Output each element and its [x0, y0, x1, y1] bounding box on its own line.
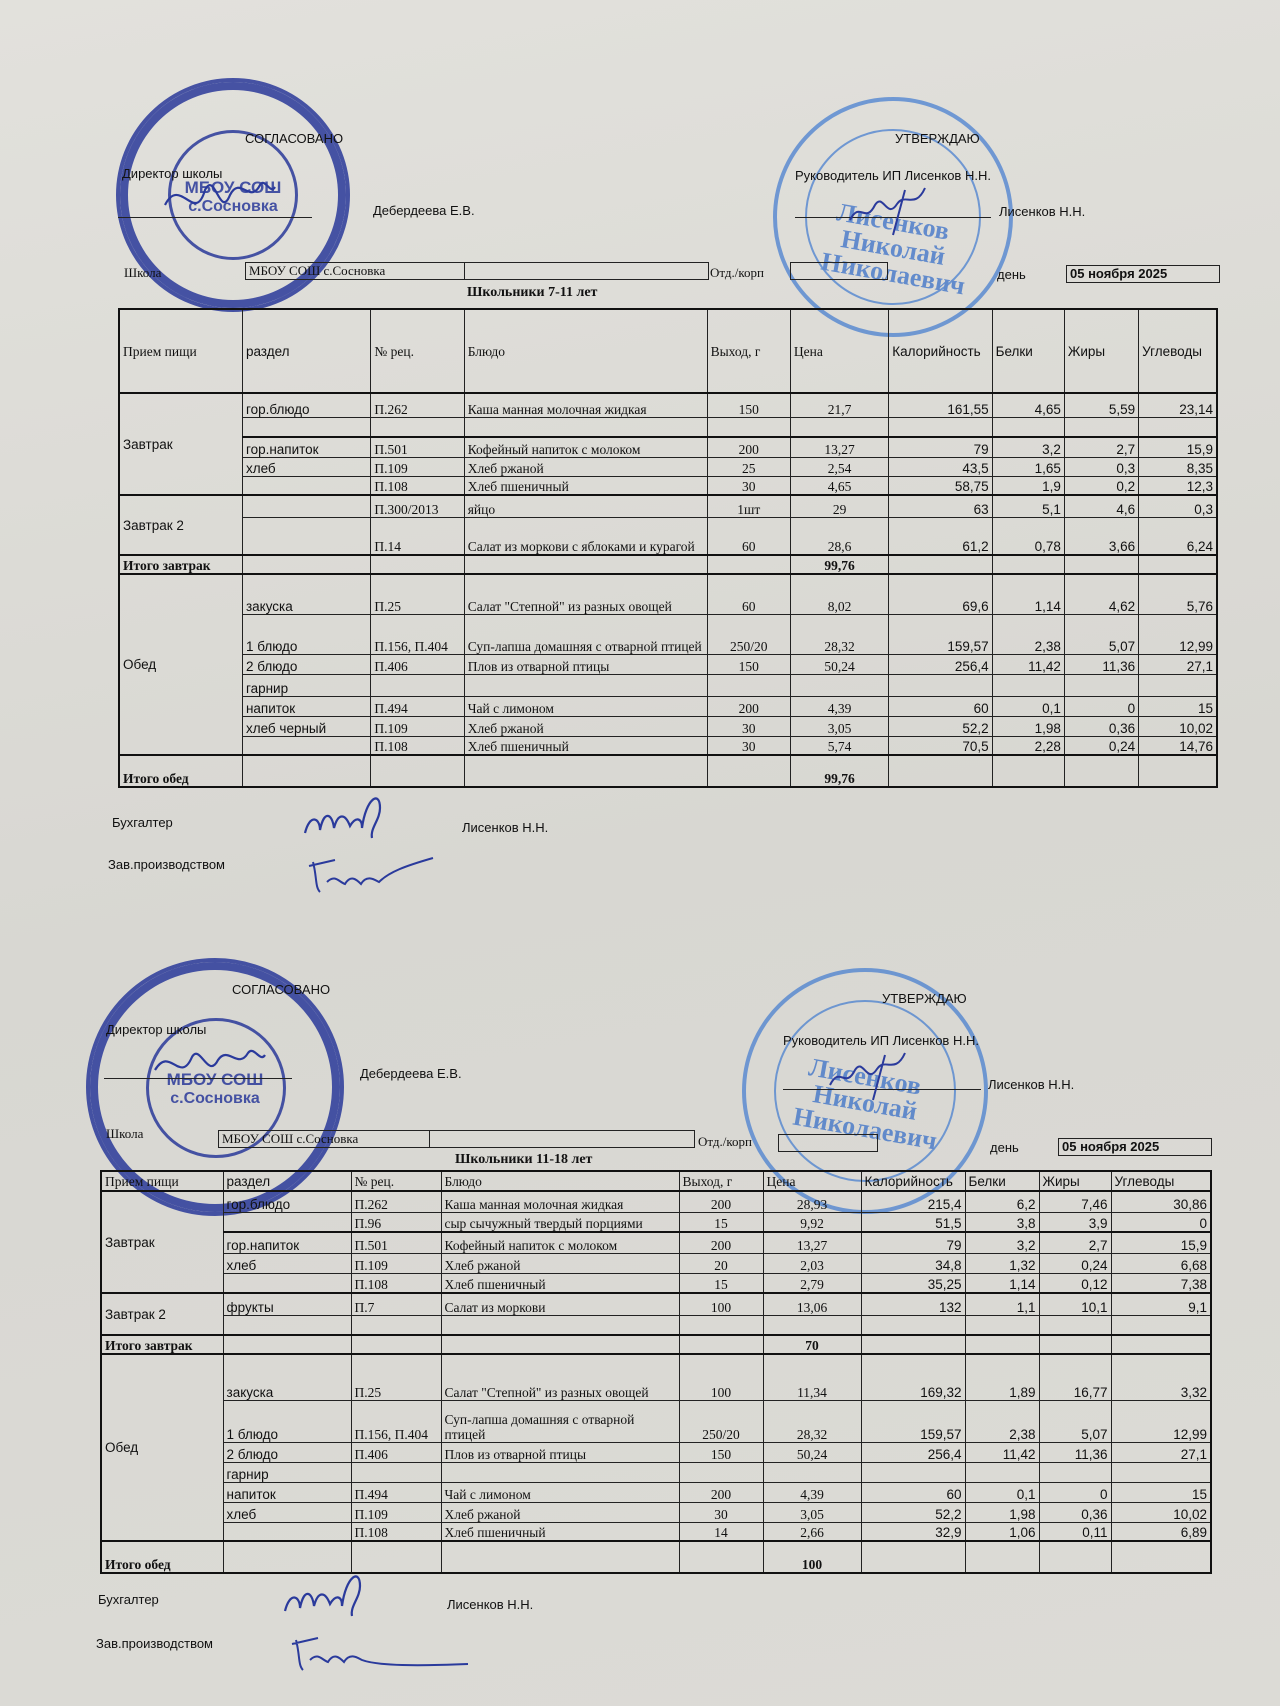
empty-cell	[889, 555, 992, 574]
total-row: Итого завтрак99,76	[119, 555, 1217, 574]
weight-cell: 15	[679, 1212, 763, 1232]
fat-cell: 0,36	[1064, 716, 1138, 736]
kcal-cell: 61,2	[889, 517, 992, 555]
table-row: Завтракгор.блюдоП.262Каша манная молочна…	[101, 1191, 1211, 1212]
dish-cell: сыр сычужный твердый порциями	[441, 1212, 679, 1232]
school-field: МБОУ СОШ с.Сосновка	[245, 262, 465, 280]
weight-cell: 150	[707, 654, 790, 674]
kcal-cell	[889, 417, 992, 437]
signature-line-director	[118, 217, 312, 218]
protein-cell: 11,42	[992, 654, 1064, 674]
section-cell	[223, 1315, 351, 1335]
column-header: раздел	[223, 1171, 351, 1191]
kcal-cell: 79	[861, 1232, 965, 1253]
recipe-cell: П.109	[371, 457, 464, 476]
dish-cell: Плов из отварной птицы	[464, 654, 707, 674]
table-row: ОбедзакускаП.25Салат "Степной" из разных…	[119, 574, 1217, 614]
column-header: Белки	[992, 309, 1064, 393]
carbs-cell: 6,89	[1111, 1522, 1211, 1541]
column-header: Прием пищи	[119, 309, 242, 393]
protein-cell	[965, 1315, 1039, 1335]
fat-cell: 0,36	[1039, 1502, 1111, 1522]
fat-cell: 0,2	[1064, 476, 1138, 495]
recipe-cell: П.156, П.404	[351, 1400, 441, 1442]
empty-cell	[441, 1541, 679, 1573]
empty-cell	[1111, 1541, 1211, 1573]
section-cell: закуска	[223, 1354, 351, 1400]
weight-cell: 60	[707, 517, 790, 555]
dish-cell	[441, 1315, 679, 1335]
weight-cell: 30	[707, 736, 790, 755]
dish-cell: Хлеб ржаной	[464, 457, 707, 476]
total-label: Итого завтрак	[101, 1335, 223, 1354]
weight-cell: 14	[679, 1522, 763, 1541]
kcal-cell: 58,75	[889, 476, 992, 495]
price-cell: 4,39	[763, 1482, 861, 1502]
price-cell	[790, 417, 888, 437]
kcal-cell: 43,5	[889, 457, 992, 476]
protein-cell: 1,14	[992, 574, 1064, 614]
kcal-cell: 52,2	[861, 1502, 965, 1522]
carbs-cell: 27,1	[1111, 1442, 1211, 1462]
empty-cell	[223, 1335, 351, 1354]
recipe-cell: П.108	[351, 1522, 441, 1541]
protein-cell: 1,98	[992, 716, 1064, 736]
table-row: хлебП.109Хлеб ржаной303,0552,21,980,3610…	[101, 1502, 1211, 1522]
kcal-cell: 159,57	[889, 614, 992, 654]
table-row: 2 блюдоП.406Плов из отварной птицы15050,…	[119, 654, 1217, 674]
accountant-signature	[300, 788, 400, 843]
kcal-cell: 159,57	[861, 1400, 965, 1442]
price-cell: 28,93	[763, 1191, 861, 1212]
protein-cell: 0,78	[992, 517, 1064, 555]
dish-cell: Салат из моркови	[441, 1293, 679, 1315]
date-field: 05 ноября 2025	[1058, 1138, 1212, 1156]
production-label: Зав.производством	[108, 857, 225, 872]
dish-cell: Кофейный напиток с молоком	[464, 437, 707, 457]
carbs-cell: 10,02	[1111, 1502, 1211, 1522]
meal-cell: Завтрак 2	[101, 1293, 223, 1335]
carbs-cell: 10,02	[1139, 716, 1217, 736]
empty-cell	[965, 1335, 1039, 1354]
protein-cell	[992, 674, 1064, 696]
section-cell	[223, 1522, 351, 1541]
price-cell: 5,74	[790, 736, 888, 755]
empty-cell	[679, 1335, 763, 1354]
section-cell: закуска	[242, 574, 370, 614]
carbs-cell: 15	[1111, 1482, 1211, 1502]
fat-cell: 11,36	[1039, 1442, 1111, 1462]
price-cell: 2,54	[790, 457, 888, 476]
approval-left-role: Директор школы	[106, 1022, 206, 1037]
recipe-cell: П.406	[371, 654, 464, 674]
price-cell: 13,06	[763, 1293, 861, 1315]
protein-cell: 0,1	[992, 696, 1064, 716]
section-cell	[242, 517, 370, 555]
dish-cell: Хлеб пшеничный	[464, 736, 707, 755]
table-row: П.108Хлеб пшеничный152,7935,251,140,127,…	[101, 1273, 1211, 1293]
signature-line-director	[104, 1078, 292, 1079]
fat-cell: 2,7	[1039, 1232, 1111, 1253]
weight-cell: 30	[707, 476, 790, 495]
carbs-cell: 27,1	[1139, 654, 1217, 674]
dish-cell: Хлеб ржаной	[464, 716, 707, 736]
empty-cell	[441, 1335, 679, 1354]
recipe-cell	[351, 1315, 441, 1335]
weight-cell: 150	[679, 1442, 763, 1462]
carbs-cell: 15,9	[1111, 1232, 1211, 1253]
table-row: Завтракгор.блюдоП.262Каша манная молочна…	[119, 393, 1217, 417]
dish-cell: Каша манная молочная жидкая	[464, 393, 707, 417]
recipe-cell: П.25	[371, 574, 464, 614]
table-row: гарнир	[101, 1462, 1211, 1482]
weight-cell	[679, 1315, 763, 1335]
weight-cell: 100	[679, 1293, 763, 1315]
menu-table-7-11: Прием пищираздел№ рец.БлюдоВыход, гЦенаК…	[118, 308, 1218, 788]
recipe-cell: П.501	[351, 1232, 441, 1253]
protein-cell: 11,42	[965, 1442, 1039, 1462]
kcal-cell: 32,9	[861, 1522, 965, 1541]
weight-cell: 200	[707, 696, 790, 716]
table-row: гор.напитокП.501Кофейный напиток с молок…	[119, 437, 1217, 457]
weight-cell	[707, 674, 790, 696]
protein-cell: 1,14	[965, 1273, 1039, 1293]
recipe-cell: П.501	[371, 437, 464, 457]
table-row: хлебП.109Хлеб ржаной252,5443,51,650,38,3…	[119, 457, 1217, 476]
protein-cell	[965, 1462, 1039, 1482]
empty-cell	[464, 555, 707, 574]
price-cell: 3,05	[790, 716, 888, 736]
fat-cell	[1039, 1315, 1111, 1335]
weight-cell: 250/20	[707, 614, 790, 654]
dish-cell: Салат из моркови с яблоками и курагой	[464, 517, 707, 555]
table-header-row: Прием пищираздел№ рец.БлюдоВыход, гЦенаК…	[119, 309, 1217, 393]
price-cell: 4,39	[790, 696, 888, 716]
carbs-cell: 15,9	[1139, 437, 1217, 457]
price-cell	[790, 674, 888, 696]
table-title: Школьники 7-11 лет	[467, 285, 597, 301]
protein-cell: 3,8	[965, 1212, 1039, 1232]
table-row: гарнир	[119, 674, 1217, 696]
kcal-cell: 60	[889, 696, 992, 716]
dish-cell: Каша манная молочная жидкая	[441, 1191, 679, 1212]
column-header: Углеводы	[1139, 309, 1217, 393]
section-cell: гарнир	[242, 674, 370, 696]
column-header: № рец.	[371, 309, 464, 393]
table-row: хлебП.109Хлеб ржаной202,0334,81,320,246,…	[101, 1253, 1211, 1273]
recipe-cell	[351, 1462, 441, 1482]
accountant-label: Бухгалтер	[98, 1592, 159, 1607]
approval-right-name: Лисенков Н.Н.	[999, 204, 1085, 219]
empty-cell	[965, 1541, 1039, 1573]
table-row: гор.напитокП.501Кофейный напиток с молок…	[101, 1232, 1211, 1253]
section-cell: хлеб	[223, 1253, 351, 1273]
section-cell	[242, 736, 370, 755]
section-cell: гор.блюдо	[242, 393, 370, 417]
dish-cell: Салат "Степной" из разных овощей	[441, 1354, 679, 1400]
price-cell	[763, 1315, 861, 1335]
carbs-cell	[1111, 1462, 1211, 1482]
fat-cell: 0,24	[1064, 736, 1138, 755]
price-cell: 9,92	[763, 1212, 861, 1232]
kcal-cell: 34,8	[861, 1253, 965, 1273]
column-header: Углеводы	[1111, 1171, 1211, 1191]
empty-cell	[861, 1335, 965, 1354]
accountant-label: Бухгалтер	[112, 815, 173, 830]
carbs-cell: 5,76	[1139, 574, 1217, 614]
empty-cell	[464, 755, 707, 787]
price-cell: 28,6	[790, 517, 888, 555]
dept-field	[790, 262, 888, 280]
carbs-cell	[1139, 417, 1217, 437]
price-cell: 8,02	[790, 574, 888, 614]
empty-cell	[1039, 1335, 1111, 1354]
fat-cell: 16,77	[1039, 1354, 1111, 1400]
carbs-cell: 6,24	[1139, 517, 1217, 555]
approval-left-role: Директор школы	[122, 166, 222, 181]
column-header: Выход, г	[679, 1171, 763, 1191]
section-cell: хлеб черный	[242, 716, 370, 736]
empty-cell	[707, 755, 790, 787]
signature-line-head	[795, 217, 991, 218]
kcal-cell: 60	[861, 1482, 965, 1502]
column-header: Блюдо	[441, 1171, 679, 1191]
kcal-cell: 215,4	[861, 1191, 965, 1212]
column-header: Жиры	[1039, 1171, 1111, 1191]
table-row: П.108Хлеб пшеничный142,6632,91,060,116,8…	[101, 1522, 1211, 1541]
protein-cell	[992, 417, 1064, 437]
total-row: Итого обед99,76	[119, 755, 1217, 787]
protein-cell: 1,9	[992, 476, 1064, 495]
table-header-row: Прием пищираздел№ рец.БлюдоВыход, гЦенаК…	[101, 1171, 1211, 1191]
section-cell: напиток	[242, 696, 370, 716]
carbs-cell: 9,1	[1111, 1293, 1211, 1315]
dept-label: Отд./корп	[698, 1134, 752, 1150]
kcal-cell	[889, 674, 992, 696]
meal-cell: Обед	[119, 574, 242, 755]
weight-cell: 15	[679, 1273, 763, 1293]
table-row: ОбедзакускаП.25Салат "Степной" из разных…	[101, 1354, 1211, 1400]
section-cell: хлеб	[242, 457, 370, 476]
empty-cell	[1039, 1541, 1111, 1573]
empty-cell	[707, 555, 790, 574]
section-cell: 2 блюдо	[223, 1442, 351, 1462]
weight-cell: 200	[707, 437, 790, 457]
fat-cell: 2,7	[1064, 437, 1138, 457]
weight-cell: 150	[707, 393, 790, 417]
recipe-cell: П.96	[351, 1212, 441, 1232]
weight-cell: 30	[707, 716, 790, 736]
table-row: П.108Хлеб пшеничный304,6558,751,90,212,3	[119, 476, 1217, 495]
price-cell: 28,32	[790, 614, 888, 654]
dish-cell: Суп-лапша домашняя с отварной птицей	[441, 1400, 679, 1442]
dish-cell: Хлеб пшеничный	[441, 1522, 679, 1541]
signature-line-head	[783, 1089, 981, 1090]
fat-cell: 3,9	[1039, 1212, 1111, 1232]
fat-cell: 0,24	[1039, 1253, 1111, 1273]
recipe-cell: П.494	[351, 1482, 441, 1502]
recipe-cell: П.14	[371, 517, 464, 555]
carbs-cell	[1139, 674, 1217, 696]
day-label: день	[990, 1140, 1019, 1155]
fat-cell	[1064, 674, 1138, 696]
protein-cell: 1,32	[965, 1253, 1039, 1273]
kcal-cell: 52,2	[889, 716, 992, 736]
table-title: Школьники 11-18 лет	[455, 1152, 592, 1168]
dish-cell	[464, 417, 707, 437]
director-signature	[150, 1035, 270, 1095]
fat-cell: 4,62	[1064, 574, 1138, 614]
price-cell: 3,05	[763, 1502, 861, 1522]
column-header: раздел	[242, 309, 370, 393]
meal-cell: Завтрак	[101, 1191, 223, 1293]
column-header: Цена	[763, 1171, 861, 1191]
column-header: Калорийность	[889, 309, 992, 393]
fat-cell: 0,3	[1064, 457, 1138, 476]
carbs-cell: 6,68	[1111, 1253, 1211, 1273]
production-signature	[288, 1630, 473, 1675]
empty-cell	[1111, 1335, 1211, 1354]
dish-cell: Плов из отварной птицы	[441, 1442, 679, 1462]
recipe-cell: П.262	[351, 1191, 441, 1212]
recipe-cell: П.108	[351, 1273, 441, 1293]
fat-cell: 0,12	[1039, 1273, 1111, 1293]
carbs-cell: 14,76	[1139, 736, 1217, 755]
protein-cell: 2,28	[992, 736, 1064, 755]
table-row: П.108Хлеб пшеничный305,7470,52,280,2414,…	[119, 736, 1217, 755]
dish-cell: Хлеб ржаной	[441, 1253, 679, 1273]
kcal-cell: 256,4	[861, 1442, 965, 1462]
recipe-cell: П.156, П.404	[371, 614, 464, 654]
column-header: Жиры	[1064, 309, 1138, 393]
kcal-cell: 161,55	[889, 393, 992, 417]
dish-cell: Суп-лапша домашняя с отварной птицей	[464, 614, 707, 654]
weight-cell: 200	[679, 1191, 763, 1212]
approval-left-name: Дебердеева Е.В.	[373, 203, 475, 218]
dish-cell: Кофейный напиток с молоком	[441, 1232, 679, 1253]
fat-cell: 5,59	[1064, 393, 1138, 417]
section-cell	[242, 417, 370, 437]
weight-cell	[679, 1462, 763, 1482]
fat-cell	[1064, 417, 1138, 437]
price-cell: 2,03	[763, 1253, 861, 1273]
total-price: 99,76	[790, 755, 888, 787]
section-cell	[223, 1212, 351, 1232]
empty-cell	[992, 755, 1064, 787]
document-page: МБОУ СОШ с.Сосновка Лисенков Николай Ник…	[0, 0, 1280, 1706]
section-cell: 2 блюдо	[242, 654, 370, 674]
approval-left-label: СОГЛАСОВАНО	[245, 131, 343, 146]
dish-cell: Хлеб пшеничный	[441, 1273, 679, 1293]
column-header: № рец.	[351, 1171, 441, 1191]
table-row: П.14Салат из моркови с яблоками и кураго…	[119, 517, 1217, 555]
fat-cell: 7,46	[1039, 1191, 1111, 1212]
meal-cell: Завтрак	[119, 393, 242, 495]
kcal-cell: 256,4	[889, 654, 992, 674]
recipe-cell	[371, 417, 464, 437]
school-field-extra	[429, 1130, 695, 1148]
approval-left-name: Дебердеева Е.В.	[360, 1066, 462, 1081]
empty-cell	[371, 755, 464, 787]
price-cell: 29	[790, 495, 888, 517]
fat-cell: 0,11	[1039, 1522, 1111, 1541]
protein-cell: 4,65	[992, 393, 1064, 417]
section-cell: напиток	[223, 1482, 351, 1502]
recipe-cell: П.7	[351, 1293, 441, 1315]
table-row: Завтрак 2П.300/2013яйцо1шт29635,14,60,3	[119, 495, 1217, 517]
recipe-cell: П.109	[351, 1253, 441, 1273]
table-row: напитокП.494Чай с лимоном2004,39600,1015	[101, 1482, 1211, 1502]
table-row: 1 блюдоП.156, П.404Суп-лапша домашняя с …	[119, 614, 1217, 654]
dish-cell: Салат "Степной" из разных овощей	[464, 574, 707, 614]
dish-cell: Чай с лимоном	[441, 1482, 679, 1502]
approval-right-role: Руководитель ИП Лисенков Н.Н.	[783, 1033, 979, 1048]
total-label: Итого завтрак	[119, 555, 242, 574]
section-cell: гор.напиток	[223, 1232, 351, 1253]
kcal-cell	[861, 1315, 965, 1335]
price-cell: 50,24	[790, 654, 888, 674]
dish-cell: яйцо	[464, 495, 707, 517]
protein-cell: 6,2	[965, 1191, 1039, 1212]
weight-cell: 100	[679, 1354, 763, 1400]
price-cell: 11,34	[763, 1354, 861, 1400]
empty-cell	[861, 1541, 965, 1573]
price-cell: 28,32	[763, 1400, 861, 1442]
total-row: Итого обед100	[101, 1541, 1211, 1573]
section-cell: гор.блюдо	[223, 1191, 351, 1212]
protein-cell: 1,98	[965, 1502, 1039, 1522]
protein-cell: 2,38	[965, 1400, 1039, 1442]
section-cell	[223, 1273, 351, 1293]
protein-cell: 1,65	[992, 457, 1064, 476]
approval-left-label: СОГЛАСОВАНО	[232, 982, 330, 997]
price-cell: 13,27	[790, 437, 888, 457]
menu-table-11-18: Прием пищираздел№ рец.БлюдоВыход, гЦенаК…	[100, 1170, 1212, 1574]
total-row: Итого завтрак70	[101, 1335, 1211, 1354]
total-label: Итого обед	[101, 1541, 223, 1573]
carbs-cell	[1111, 1315, 1211, 1335]
approval-right-label: УТВЕРЖДАЮ	[895, 131, 980, 146]
fat-cell: 10,1	[1039, 1293, 1111, 1315]
approval-right-role: Руководитель ИП Лисенков Н.Н.	[795, 168, 991, 183]
protein-cell: 2,38	[992, 614, 1064, 654]
recipe-cell: П.108	[371, 476, 464, 495]
section-cell	[242, 476, 370, 495]
weight-cell: 250/20	[679, 1400, 763, 1442]
price-cell: 21,7	[790, 393, 888, 417]
column-header: Блюдо	[464, 309, 707, 393]
date-field: 05 ноября 2025	[1066, 265, 1220, 283]
school-field-extra	[464, 262, 709, 280]
section-cell: хлеб	[223, 1502, 351, 1522]
carbs-cell: 30,86	[1111, 1191, 1211, 1212]
empty-cell	[242, 755, 370, 787]
recipe-cell: П.300/2013	[371, 495, 464, 517]
section-cell: 1 блюдо	[223, 1400, 351, 1442]
fat-cell: 0	[1039, 1482, 1111, 1502]
section-cell: фрукты	[223, 1293, 351, 1315]
empty-cell	[1139, 755, 1217, 787]
empty-cell	[242, 555, 370, 574]
carbs-cell: 7,38	[1111, 1273, 1211, 1293]
empty-cell	[351, 1335, 441, 1354]
table-row	[101, 1315, 1211, 1335]
section-cell: 1 блюдо	[242, 614, 370, 654]
production-label: Зав.производством	[96, 1636, 213, 1651]
weight-cell: 200	[679, 1482, 763, 1502]
production-signature	[305, 852, 440, 897]
table-row: хлеб черныйП.109Хлеб ржаной303,0552,21,9…	[119, 716, 1217, 736]
